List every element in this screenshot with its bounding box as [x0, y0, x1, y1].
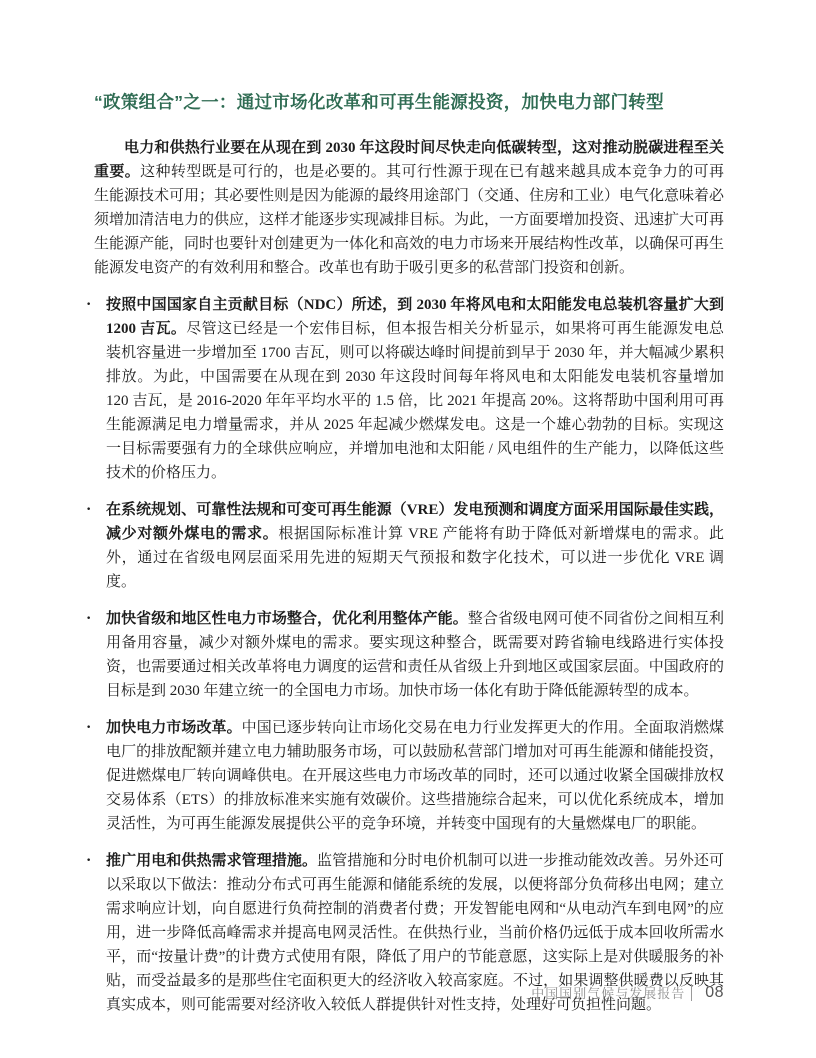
bullet-marker-icon: ·: [86, 498, 91, 522]
bullet-lead: 加快电力市场改革。: [106, 720, 242, 736]
report-page: “政策组合”之一：通过市场化改革和可再生能源投资，加快电力部门转型 电力和供热行…: [0, 0, 816, 1058]
bullet-list: ·按照中国国家自主贡献目标（NDC）所述，到 2030 年将风电和太阳能发电总装…: [92, 293, 724, 1017]
bullet-marker-icon: ·: [86, 293, 91, 317]
list-item: ·在系统规划、可靠性法规和可变可再生能源（VRE）发电预测和调度方面采用国际最佳…: [92, 498, 724, 594]
bullet-marker-icon: ·: [86, 849, 91, 873]
list-item: ·加快电力市场改革。中国已逐步转向让市场化交易在电力行业发挥更大的作用。全面取消…: [92, 716, 724, 836]
footer-page-number: 08: [705, 984, 724, 1002]
bullet-marker-icon: ·: [86, 716, 91, 740]
bullet-body: 尽管这已经是一个宏伟目标，但本报告相关分析显示，如果将可再生能源发电总装机容量进…: [106, 321, 724, 481]
intro-body-text: 这种转型既是可行的，也是必要的。其可行性源于现在已有越来越具成本竞争力的可再生能…: [94, 164, 724, 276]
footer-divider: [691, 984, 692, 1001]
bullet-lead: 推广用电和供热需求管理措施。: [106, 853, 317, 869]
page-content: “政策组合”之一：通过市场化改革和可再生能源投资，加快电力部门转型 电力和供热行…: [92, 90, 724, 1030]
intro-paragraph: 电力和供热行业要在从现在到 2030 年这段时间尽快走向低碳转型，这对推动脱碳进…: [94, 136, 724, 280]
page-footer: 中国国别气候与发展报告 08: [531, 983, 724, 1002]
bullet-marker-icon: ·: [86, 607, 91, 631]
bullet-body: 中国已逐步转向让市场化交易在电力行业发挥更大的作用。全面取消燃煤电厂的排放配额并…: [106, 720, 724, 832]
footer-report-title: 中国国别气候与发展报告: [531, 983, 685, 1002]
bullet-lead: 加快省级和地区性电力市场整合，优化利用整体产能。: [106, 611, 468, 627]
list-item: ·按照中国国家自主贡献目标（NDC）所述，到 2030 年将风电和太阳能发电总装…: [92, 293, 724, 485]
section-heading: “政策组合”之一：通过市场化改革和可再生能源投资，加快电力部门转型: [94, 90, 724, 114]
list-item: ·加快省级和地区性电力市场整合，优化利用整体产能。整合省级电网可使不同省份之间相…: [92, 607, 724, 703]
